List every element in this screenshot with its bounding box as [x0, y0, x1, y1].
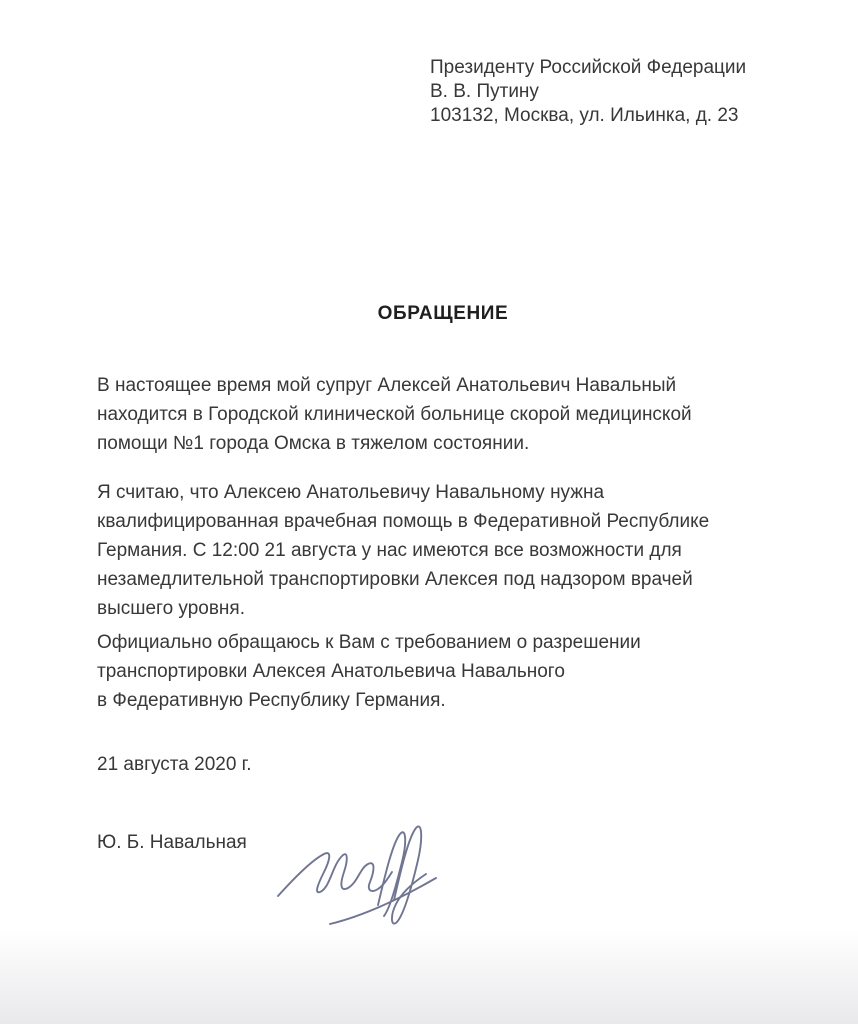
paragraph-current-state: В настоящее время мой супруг Алексей Ана…: [97, 371, 797, 458]
paragraph-line: квалифицированная врачебная помощь в Фед…: [97, 507, 797, 536]
handwritten-signature-icon: [268, 810, 442, 938]
paragraph-line: незамедлительной транспортировки Алексея…: [97, 565, 797, 594]
paragraph-demand: Официально обращаюсь к Вам с требованием…: [97, 628, 797, 715]
paragraph-line: В настоящее время мой супруг Алексей Ана…: [97, 371, 797, 400]
page-bottom-shadow: [0, 928, 858, 1024]
paragraph-line: транспортировки Алексея Анатольевича Нав…: [97, 657, 797, 686]
paragraph-line: Я считаю, что Алексею Анатольевичу Навал…: [97, 478, 797, 507]
letter-title: ОБРАЩЕНИЕ: [97, 303, 789, 325]
recipient-line: 103132, Москва, ул. Ильинка, д. 23: [430, 104, 746, 128]
paragraph-line: высшего уровня.: [97, 594, 797, 623]
letter-date: 21 августа 2020 г.: [97, 750, 252, 779]
paragraph-medical-need: Я считаю, что Алексею Анатольевичу Навал…: [97, 478, 797, 623]
recipient-block: Президенту Российской Федерации В. В. Пу…: [430, 56, 746, 128]
paragraph-line: Германия. С 12:00 21 августа у нас имеют…: [97, 536, 797, 565]
signer-name: Ю. Б. Навальная: [97, 828, 247, 857]
paragraph-line: находится в Городской клинической больни…: [97, 400, 797, 429]
paragraph-line: в Федеративную Республику Германия.: [97, 686, 797, 715]
recipient-line: В. В. Путину: [430, 80, 746, 104]
paragraph-line: Официально обращаюсь к Вам с требованием…: [97, 628, 797, 657]
letter-page: Президенту Российской Федерации В. В. Пу…: [0, 0, 858, 1024]
paragraph-line: помощи №1 города Омска в тяжелом состоян…: [97, 429, 797, 458]
recipient-line: Президенту Российской Федерации: [430, 56, 746, 80]
